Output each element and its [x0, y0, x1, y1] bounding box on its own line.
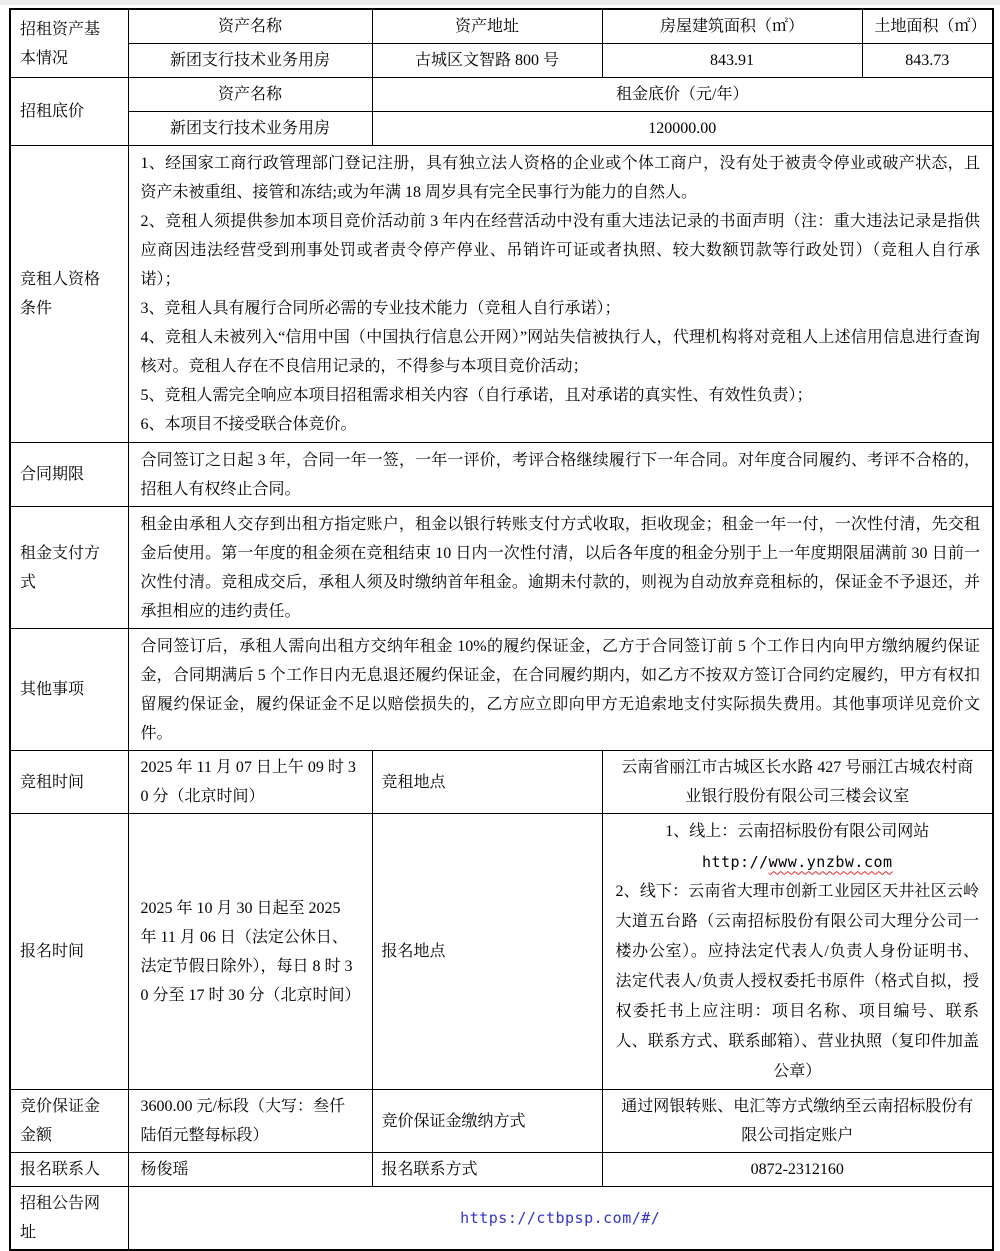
- bidding-location-value: 云南省丽江市古城区长水路 427 号丽江古城农村商业银行股份有限公司三楼会议室: [602, 751, 993, 814]
- page-top-strip: [0, 0, 1000, 5]
- qualification-item-1: 1、经国家工商行政管理部门登记注册，具有独立法人资格的企业或个体工商户，没有处于…: [141, 149, 981, 207]
- contract-term-label: 合同期限: [10, 443, 128, 507]
- qualification-item-6: 6、本项目不接受联合体竞价。: [141, 410, 981, 439]
- contract-term-text: 合同签订之日起 3 年，合同一年一签，一年一评价，考评合格继续履行下一年合同。对…: [128, 443, 993, 507]
- value-land-area: 843.73: [862, 44, 993, 78]
- value-asset-address: 古城区文智路 800 号: [372, 44, 602, 78]
- registration-location-label: 报名地点: [372, 814, 602, 1090]
- qualification-item-2: 2、竞租人须提供参加本项目竞价活动前 3 年内在经营活动中没有重大违法记录的书面…: [141, 207, 981, 294]
- qualification-item-5: 5、竞租人需完全响应本项目招租需求相关内容（自行承诺，且对承诺的真实性、有效性负…: [141, 381, 981, 410]
- bidding-location-label: 竞租地点: [372, 751, 602, 814]
- qualification-item-4: 4、竞租人未被列入“信用中国（中国执行信息公开网）”网站失信被执行人，代理机构将…: [141, 323, 981, 381]
- other-matters-text: 合同签订后，承租人需向出租方交纳年租金 10%的履约保证金，乙方于合同签订前 5…: [128, 629, 993, 751]
- bidding-time-label: 竞租时间: [10, 751, 128, 814]
- qualification-label: 竞租人资格条件: [10, 146, 128, 443]
- announcement-url-link[interactable]: https://ctbpsp.com/#/: [460, 1209, 660, 1227]
- announcement-url-cell: https://ctbpsp.com/#/: [128, 1187, 993, 1251]
- contact-name-value: 杨俊瑶: [128, 1153, 372, 1187]
- deposit-method-value: 通过网银转账、电汇等方式缴纳至云南招标股份有限公司指定账户: [602, 1090, 993, 1153]
- contact-phone-label: 报名联系方式: [372, 1153, 602, 1187]
- qualification-content: 1、经国家工商行政管理部门登记注册，具有独立法人资格的企业或个体工商户，没有处于…: [128, 146, 993, 443]
- registration-online-line: 1、线上：云南招标股份有限公司网站: [616, 817, 980, 847]
- section-basic-info-label: 招租资产基本情况: [10, 9, 128, 78]
- url-body: www.ynzbw.com: [769, 853, 893, 871]
- other-matters-label: 其他事项: [10, 629, 128, 751]
- header-asset-address: 资产地址: [372, 9, 602, 44]
- deposit-amount-value: 3600.00 元/标段（大写：叁仟陆佰元整每标段）: [128, 1090, 372, 1153]
- bidding-time-value: 2025 年 11 月 07 日上午 09 时 30 分（北京时间）: [128, 751, 372, 814]
- base-price-value-asset-name: 新团支行技术业务用房: [128, 112, 372, 146]
- registration-offline-text: 2、线下：云南省大理市创新工业园区天井社区云岭大道五台路（云南招标股份有限公司大…: [616, 877, 980, 1087]
- deposit-method-label: 竞价保证金缴纳方式: [372, 1090, 602, 1153]
- registration-time-label: 报名时间: [10, 814, 128, 1090]
- value-building-area: 843.91: [602, 44, 862, 78]
- contact-name-label: 报名联系人: [10, 1153, 128, 1187]
- qualification-item-3: 3、竞租人具有履行合同所必需的专业技术能力（竞租人自行承诺）；: [141, 294, 981, 323]
- header-asset-name: 资产名称: [128, 9, 372, 44]
- value-asset-name: 新团支行技术业务用房: [128, 44, 372, 78]
- registration-time-value: 2025 年 10 月 30 日起至 2025 年 11 月 06 日（法定公休…: [128, 814, 372, 1090]
- rental-announcement-table: 招租资产基本情况 资产名称 资产地址 房屋建筑面积（㎡） 土地面积（㎡） 新团支…: [9, 8, 994, 1251]
- announcement-url-label: 招租公告网址: [10, 1187, 128, 1251]
- contact-phone-value: 0872-2312160: [602, 1153, 993, 1187]
- registration-online-url-link[interactable]: http://www.ynzbw.com: [616, 847, 980, 877]
- payment-method-text: 租金由承租人交存到出租方指定账户，租金以银行转账支付方式收取，拒收现金；租金一年…: [128, 507, 993, 629]
- base-price-header-price: 租金底价（元/年）: [372, 78, 993, 112]
- base-price-header-asset-name: 资产名称: [128, 78, 372, 112]
- registration-location-value: 1、线上：云南招标股份有限公司网站 http://www.ynzbw.com 2…: [602, 814, 993, 1090]
- section-base-price-label: 招租底价: [10, 78, 128, 146]
- url-prefix: http://: [702, 853, 769, 871]
- header-building-area: 房屋建筑面积（㎡）: [602, 9, 862, 44]
- header-land-area: 土地面积（㎡）: [862, 9, 993, 44]
- deposit-amount-label: 竞价保证金金额: [10, 1090, 128, 1153]
- base-price-value-price: 120000.00: [372, 112, 993, 146]
- payment-method-label: 租金支付方式: [10, 507, 128, 629]
